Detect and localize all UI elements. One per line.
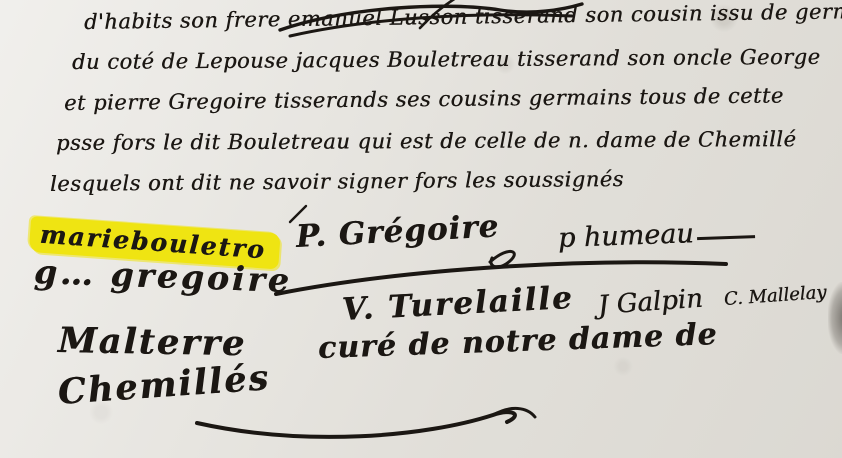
manuscript-line-2: du coté de Lepouse jacques Bouletreau ti…: [72, 45, 821, 74]
manuscript-scan: d'habits son frere emanuel Lusson tisser…: [0, 0, 842, 458]
signature-g-gregoire: g… gregoire: [33, 252, 292, 300]
signature-malterre: Malterre: [58, 320, 247, 364]
manuscript-line-5: lesquels ont dit ne savoir signer fors l…: [50, 167, 624, 196]
manuscript-line-4: psse fors le dit Bouletreau qui est de c…: [56, 127, 796, 155]
chemilles-flourish-stroke: [185, 395, 545, 450]
page-edge-smudge: [828, 282, 842, 354]
signature-j-galpin: J Galpin: [597, 284, 704, 321]
manuscript-line-3: et pierre Gregoire tisserands ses cousin…: [64, 83, 784, 115]
